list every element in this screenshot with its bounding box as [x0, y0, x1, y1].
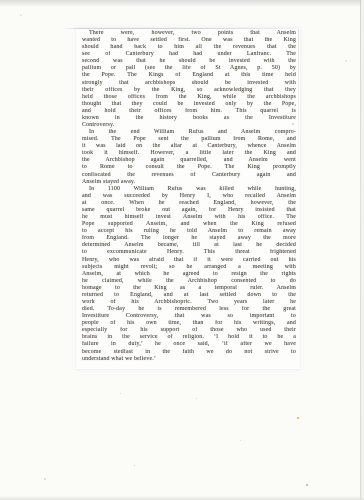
text-line: wanted to have settled first. One was th…	[82, 37, 296, 44]
text-line: and was succeeded by Henry I, who recall…	[82, 193, 296, 200]
text-line: determined Anselm became, till at last h…	[82, 242, 296, 249]
text-line: and hold their offices from him. This qu…	[82, 108, 296, 115]
text-line: held those offices from the King, while …	[82, 94, 296, 101]
text-line: There were, however, two points that Ans…	[82, 30, 296, 37]
paragraph: In the end William Rufus and Anselm comp…	[82, 129, 296, 186]
text-line: should hand back to him all the revenues…	[82, 44, 296, 51]
text-line: In 1100 William Rufus was killed while h…	[82, 186, 296, 193]
text-line: subjects might revolt; so he arranged a …	[82, 264, 296, 271]
text-line: Controversy.	[82, 122, 296, 129]
text-line: see of Canterbury had had under Lanfranc…	[82, 51, 296, 58]
scanned-book-page: There were, however, two points that Ans…	[0, 0, 364, 500]
text-line: homage to the King as a temporal ruler. …	[82, 285, 296, 292]
text-line: In the end William Rufus and Anselm comp…	[82, 129, 296, 136]
text-line: from England. The longer he stayed away …	[82, 235, 296, 242]
text-line: Anselm stayed away.	[82, 179, 296, 186]
page-text-block: There were, however, two points that Ans…	[82, 30, 296, 363]
text-line: become stedfast in the faith we do not s…	[82, 349, 296, 356]
scan-speck	[120, 393, 121, 394]
text-line: to accept his ruling he told Anselm to r…	[82, 228, 296, 235]
text-line: Henry, who was afraid that if it were ca…	[82, 257, 296, 264]
text-line: same quarrel broke out again, for Henry …	[82, 207, 296, 214]
text-line: strongly that archbishops should be inve…	[82, 80, 296, 87]
text-line: second was that he should be invested wi…	[82, 58, 296, 65]
text-line: died. To-day he is remembered less for t…	[82, 306, 296, 313]
text-line: known in the history books as the Invest…	[82, 115, 296, 122]
text-line: Pope supported Anselm, and when the King…	[82, 221, 296, 228]
scan-speck	[306, 484, 308, 486]
text-line: work of his Archbishopric. Two years lat…	[82, 299, 296, 306]
sheet-right-edge-line	[298, 29, 299, 179]
scan-top-edge-shadow	[0, 0, 364, 7]
text-line: he claimed, while the Archbishop consent…	[82, 278, 296, 285]
text-line: mised. The Pope sent the pallium from Ro…	[82, 136, 296, 143]
text-line: their offices by the King, so acknowledg…	[82, 87, 296, 94]
scan-speck	[134, 465, 135, 466]
scan-speck	[20, 14, 22, 16]
text-line: pallium or pall (see the life of St Agne…	[82, 65, 296, 72]
text-line: thought that they could be invested only…	[82, 101, 296, 108]
text-line: Anselm, at which he agreed to resign the…	[82, 271, 296, 278]
text-line: especially for his support of those who …	[82, 327, 296, 334]
text-line: people of his own time, than for his wri…	[82, 320, 296, 327]
paragraph: In 1100 William Rufus was killed while h…	[82, 186, 296, 363]
text-line: confiscated the revenues of Canterbury a…	[82, 172, 296, 179]
text-line: at once. When he reached England, howeve…	[82, 200, 296, 207]
paragraph: There were, however, two points that Ans…	[82, 30, 296, 129]
text-line: returned to England, and at last settled…	[82, 292, 296, 299]
text-line: it was laid on the altar at Canterbury, …	[82, 143, 296, 150]
text-line: he must himself invest Anselm with his o…	[82, 214, 296, 221]
scan-speck	[345, 60, 347, 62]
text-line: understand what we believe.’	[82, 356, 296, 363]
text-line: brains in the service of religion. ‘I ho…	[82, 334, 296, 341]
scan-speck	[44, 478, 46, 480]
text-line: the Pope. The Kings of England at this t…	[82, 72, 296, 79]
text-line: to Rome to consult the Pope. The King pr…	[82, 164, 296, 171]
text-line: Investiture Controversy, that was so imp…	[82, 313, 296, 320]
text-line: to excommunicate Henry. This threat frig…	[82, 249, 296, 256]
text-line: failure in duty,’ he once said, ‘if afte…	[82, 341, 296, 348]
text-line: the Archbishop again quarrelled, and Ans…	[82, 157, 296, 164]
scan-speck	[196, 398, 197, 399]
page-right-edge	[360, 0, 361, 500]
scan-bottom-edge-shadow	[0, 496, 364, 500]
scan-speck	[297, 417, 299, 419]
scan-speck	[240, 440, 241, 441]
text-line: took it himself. However, a little later…	[82, 150, 296, 157]
sheet-top-edge-line	[64, 28, 297, 29]
